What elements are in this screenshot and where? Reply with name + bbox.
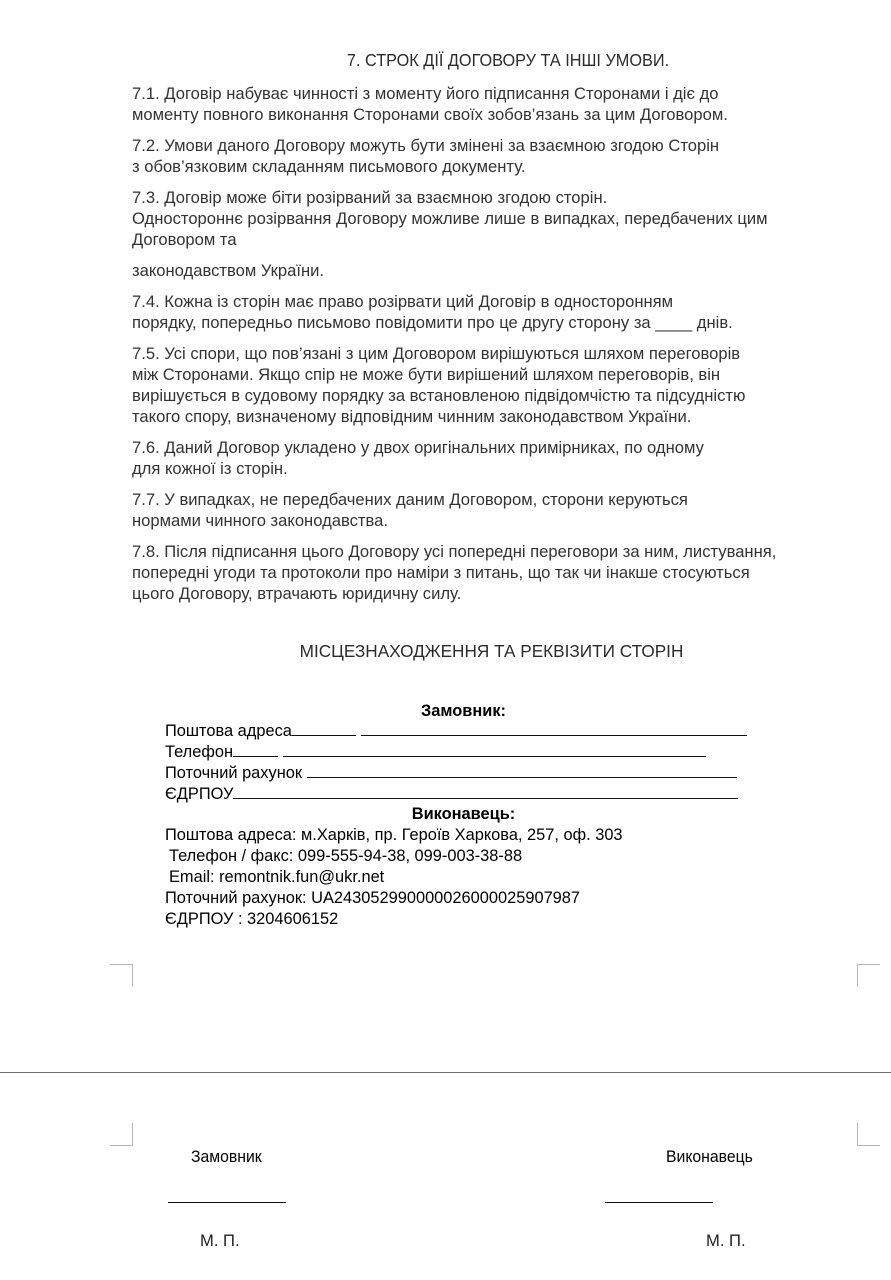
page-corner-mark: [857, 964, 880, 987]
contractor-account: Поточний рахунок: UA24305299000002600002…: [165, 888, 623, 909]
section-7-clauses: 7.1. Договір набуває чинності з моменту …: [132, 83, 852, 614]
clause-line: 7.4. Кожна із сторін має право розірвати…: [132, 291, 852, 312]
section-7-title: 7. СТРОК ДІЇ ДОГОВОРУ ТА ІНШІ УМОВИ.: [36, 50, 865, 71]
contractor-phone: Телефон / факс: 099-555-94-38, 099-003-3…: [165, 846, 623, 867]
requisites-title: МІСЦЕЗНАХОДЖЕННЯ ТА РЕКВІЗИТИ СТОРІН: [0, 641, 891, 662]
clause-line: цього Договору, втрачають юридичну силу.: [132, 583, 852, 604]
clause-7-8: 7.8. Після підписання цього Договору усі…: [132, 541, 852, 604]
clause-line: з обов’язковим складанням письмового док…: [132, 156, 852, 177]
contractor-stamp-label: М. П.: [706, 1231, 746, 1251]
clause-line: для кожної із сторін.: [132, 458, 852, 479]
clause-7-1: 7.1. Договір набуває чинності з моменту …: [132, 83, 852, 125]
clause-line: 7.2. Умови даного Договору можуть бути з…: [132, 135, 852, 156]
contractor-requisites: Поштова адреса: м.Харків, пр. Героїв Хар…: [165, 825, 623, 930]
contractor-signature-line: [605, 1202, 713, 1203]
field-label: Поштова адреса: [165, 721, 292, 742]
contractor-edrpou: ЄДРПОУ : 3204606152: [165, 909, 623, 930]
page-corner-mark: [857, 1123, 880, 1146]
clause-7-3: 7.3. Договір може біти розірваний за вза…: [132, 187, 852, 250]
customer-address-field: [361, 721, 747, 736]
clause-7-2: 7.2. Умови даного Договору можуть бути з…: [132, 135, 852, 177]
clause-line: законодавством України.: [132, 260, 852, 281]
customer-address-row: Поштова адреса: [165, 721, 747, 742]
clause-line: моменту повного виконання Сторонами свої…: [132, 104, 852, 125]
clause-line: 7.3. Договір може біти розірваний за вза…: [132, 187, 852, 208]
clause-line: вирішується в судовому порядку за встано…: [132, 385, 852, 406]
field-label: Телефон: [165, 742, 233, 763]
clause-line: Договором та: [132, 229, 852, 250]
fill-line: [233, 742, 278, 757]
field-label: ЄДРПОУ: [165, 784, 233, 805]
customer-requisites: Поштова адреса Телефон Поточний рахунок …: [165, 721, 747, 805]
clause-line: Одностороннє розірвання Договору можливе…: [132, 208, 852, 229]
clause-7-7: 7.7. У випадках, не передбачених даним Д…: [132, 489, 852, 531]
customer-account-field: [307, 763, 737, 778]
customer-signature-line: [168, 1202, 286, 1203]
clause-7-5: 7.5. Усі спори, що пов’язані з цим Догов…: [132, 343, 852, 427]
fill-line: [292, 721, 356, 736]
customer-phone-row: Телефон: [165, 742, 747, 763]
clause-line: між Сторонами. Якщо спір не може бути ви…: [132, 364, 852, 385]
clause-7-4: 7.4. Кожна із сторін має право розірвати…: [132, 291, 852, 333]
contractor-signature-label: Виконавець: [666, 1147, 753, 1167]
clause-line: 7.7. У випадках, не передбачених даним Д…: [132, 489, 852, 510]
customer-edrpou-row: ЄДРПОУ: [165, 784, 747, 805]
customer-signature-label: Замовник: [191, 1147, 262, 1167]
clause-line: 7.1. Договір набуває чинності з моменту …: [132, 83, 852, 104]
clause-line: попередні угоди та протоколи про наміри …: [132, 562, 852, 583]
clause-line: порядку, попередньо письмово повідомити …: [132, 312, 852, 333]
clause-line: 7.8. Після підписання цього Договору усі…: [132, 541, 852, 562]
customer-stamp-label: М. П.: [200, 1231, 240, 1251]
customer-account-row: Поточний рахунок: [165, 763, 747, 784]
page-break-separator: [0, 1072, 891, 1073]
clause-7-6: 7.6. Даний Договор укладено у двох оригі…: [132, 437, 852, 479]
customer-edrpou-field: [233, 784, 738, 799]
clause-line: нормами чинного законодавства.: [132, 510, 852, 531]
contractor-address: Поштова адреса: м.Харків, пр. Героїв Хар…: [165, 825, 623, 846]
page-corner-mark: [110, 964, 133, 987]
field-label: Поточний рахунок: [165, 763, 302, 784]
contractor-heading: Виконавець:: [0, 805, 891, 824]
customer-phone-field: [283, 742, 706, 757]
clause-line: такого спору, визначеному відповідним чи…: [132, 406, 852, 427]
page-corner-mark: [110, 1123, 133, 1146]
clause-7-3-continuation: законодавством України.: [132, 260, 852, 281]
customer-heading: Замовник:: [0, 702, 891, 721]
contractor-email: Email: remontnik.fun@ukr.net: [165, 867, 623, 888]
clause-line: 7.5. Усі спори, що пов’язані з цим Догов…: [132, 343, 852, 364]
clause-line: 7.6. Даний Договор укладено у двох оригі…: [132, 437, 852, 458]
